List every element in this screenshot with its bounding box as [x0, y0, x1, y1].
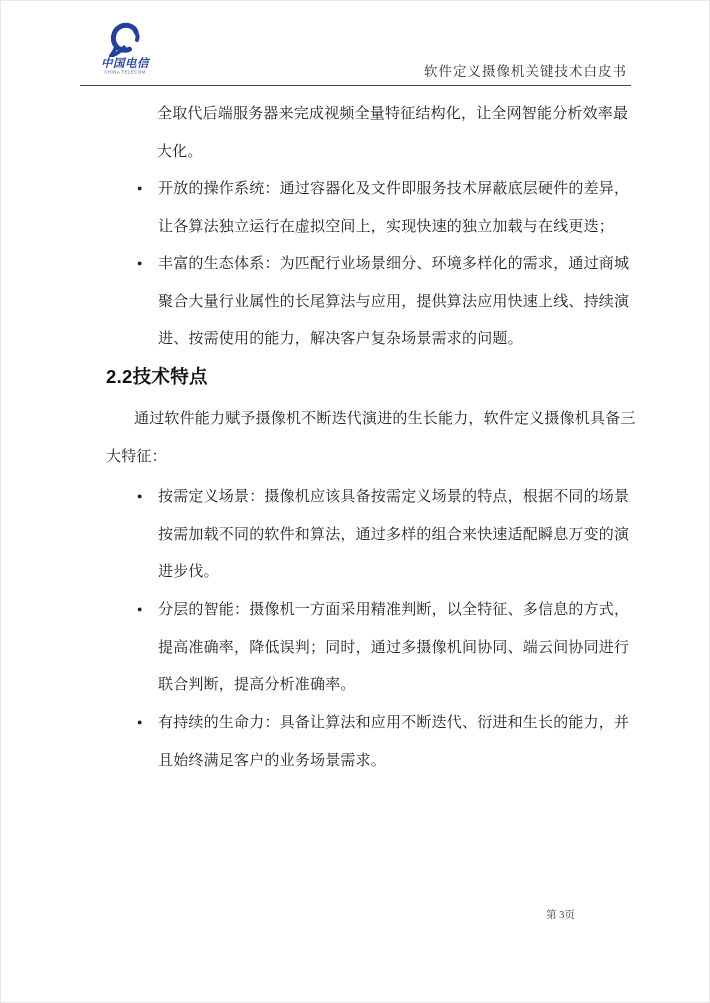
- bullet-item-sustained-vitality: ● 有持续的生命力：具备让算法和应用不断迭代、衍进和生长的能力，并 且始终满足客…: [158, 704, 628, 779]
- paragraph-continuation: 全取代后端服务器来完成视频全量特征结构化，让全网智能分析效率最 大化。: [157, 95, 627, 170]
- paragraph-intro: 通过软件能力赋予摄像机不断迭代演进的生长能力，软件定义摄像机具备三 大特征：: [106, 400, 628, 475]
- bullet-item-on-demand-scene: ● 按需定义场景：摄像机应该具备按需定义场景的特点，根据不同的场景 按需加载不同…: [158, 478, 628, 591]
- text-line: 大特征：: [106, 438, 628, 476]
- text-line: 且始终满足客户的业务场景需求。: [158, 742, 628, 780]
- china-telecom-logo-icon: [109, 21, 141, 57]
- text-line: 提高准确率，降低误判；同时，通过多摄像机间协同、端云间协同进行: [158, 629, 628, 667]
- text-line: 聚合大量行业属性的长尾算法与应用，提供算法应用快速上线、持续演: [158, 283, 628, 321]
- bullet-icon: ●: [137, 245, 142, 283]
- bullet-item-layered-intelligence: ● 分层的智能：摄像机一方面采用精准判断，以全特征、多信息的方式， 提高准确率，…: [158, 591, 628, 704]
- text-line: 联合判断，提高分析准确率。: [158, 666, 628, 704]
- header-rule: [80, 85, 631, 86]
- bullet-item-open-os: ● 开放的操作系统：通过容器化及文件即服务技术屏蔽底层硬件的差异， 让各算法独立…: [158, 170, 628, 245]
- bullet-icon: ●: [137, 704, 142, 742]
- page-number: 第 3页: [546, 907, 575, 922]
- bullet-icon: ●: [137, 478, 142, 516]
- china-telecom-logo: 中国电信 CHINA TELECOM: [99, 21, 151, 76]
- text-line: 让各算法独立运行在虚拟空间上，实现快速的独立加载与在线更迭；: [158, 208, 628, 246]
- logo-text-cn: 中国电信: [99, 58, 151, 70]
- text-line: 开放的操作系统：通过容器化及文件即服务技术屏蔽底层硬件的差异，: [158, 170, 628, 208]
- text-line: 按需加载不同的软件和算法，通过多样的组合来快速适配瞬息万变的演: [158, 516, 628, 554]
- text-line: 分层的智能：摄像机一方面采用精准判断，以全特征、多信息的方式，: [158, 591, 628, 629]
- text-line: 进步伐。: [158, 553, 628, 591]
- text-line: 丰富的生态体系：为匹配行业场景细分、环境多样化的需求，通过商城: [158, 245, 628, 283]
- text-line: 按需定义场景：摄像机应该具备按需定义场景的特点，根据不同的场景: [158, 478, 628, 516]
- text-line: 有持续的生命力：具备让算法和应用不断迭代、衍进和生长的能力，并: [158, 704, 628, 742]
- bullet-item-ecosystem: ● 丰富的生态体系：为匹配行业场景细分、环境多样化的需求，通过商城 聚合大量行业…: [158, 245, 628, 358]
- document-header-title: 软件定义摄像机关键技术白皮书: [424, 60, 627, 80]
- text-line: 大化。: [157, 133, 627, 171]
- text-line: 通过软件能力赋予摄像机不断迭代演进的生长能力，软件定义摄像机具备三: [106, 400, 628, 438]
- section-heading: 2.2技术特点: [106, 363, 208, 389]
- logo-text-en: CHINA TELECOM: [102, 70, 149, 75]
- bullet-icon: ●: [137, 170, 142, 208]
- text-line: 进、按需使用的能力，解决客户复杂场景需求的问题。: [158, 320, 628, 358]
- bullet-icon: ●: [137, 591, 142, 629]
- document-page: 中国电信 CHINA TELECOM 软件定义摄像机关键技术白皮书 全取代后端服…: [0, 0, 710, 1003]
- text-line: 全取代后端服务器来完成视频全量特征结构化，让全网智能分析效率最: [157, 95, 627, 133]
